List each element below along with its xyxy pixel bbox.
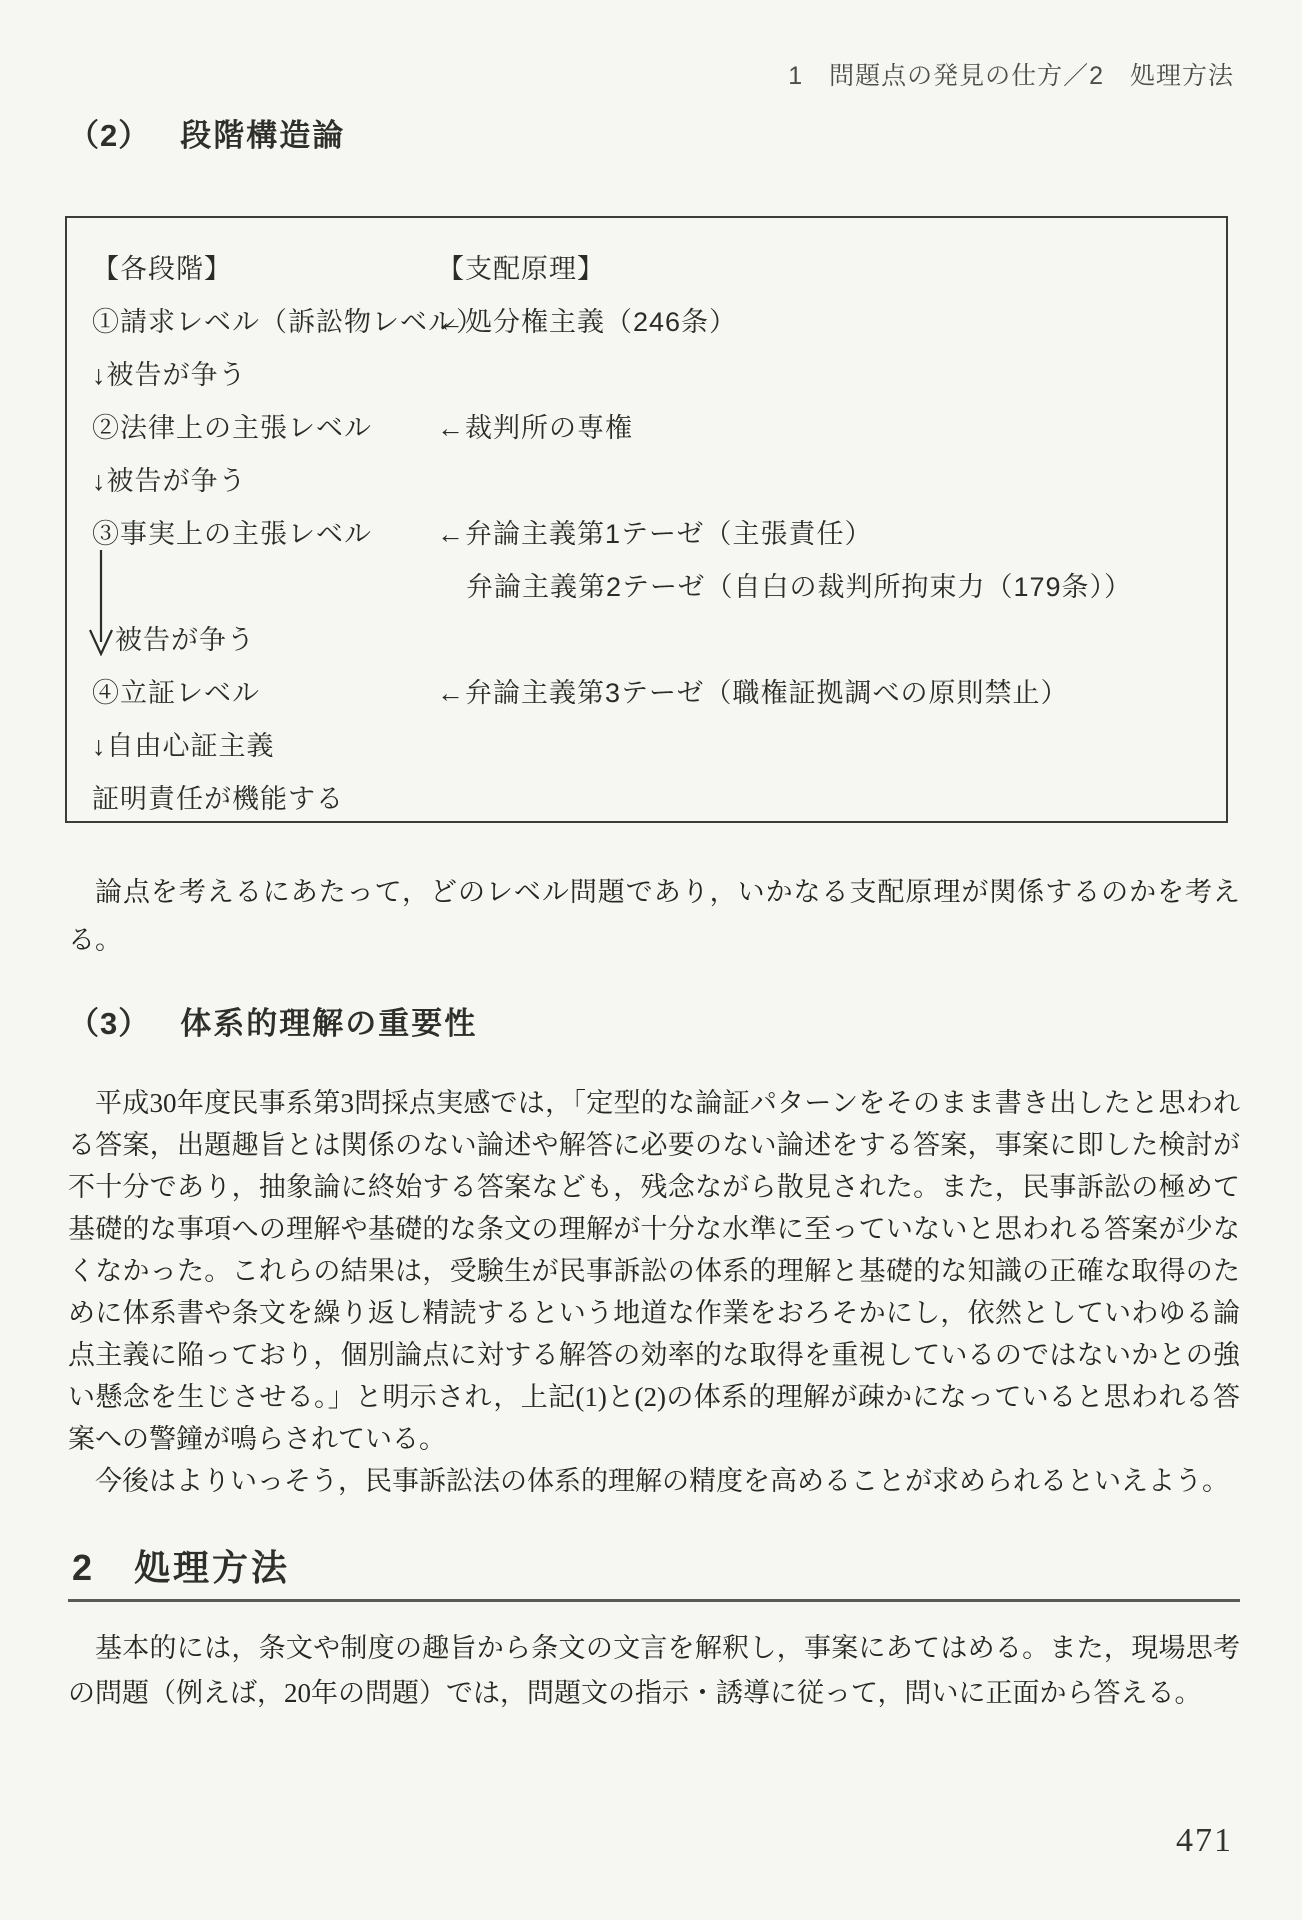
stages-column-header: 【各段階】 bbox=[67, 247, 437, 286]
paragraph-text: 基本的には，条文や制度の趣旨から条文の文言を解釈し，事案にあてはめる。また，現場… bbox=[68, 1626, 1240, 1716]
section-2-heading: （2） 段階構造論 bbox=[68, 110, 345, 155]
section-2-number: （2） bbox=[68, 110, 150, 155]
section-2-title: 段階構造論 bbox=[180, 110, 345, 155]
diagram-row-legal-assertion-level: ②法律上の主張レベル ←裁判所の専権 bbox=[67, 399, 1226, 452]
diagram-row-claim-level: ①請求レベル（訴訟物レベル） ←処分権主義（246条） bbox=[67, 293, 1226, 346]
section-3-number: （3） bbox=[68, 998, 150, 1043]
diagram-header-row: 【各段階】 【支配原理】 bbox=[67, 240, 1226, 293]
diagram-row-defendant-disputes: ↓被告が争う bbox=[67, 452, 1226, 505]
stage-label: ②法律上の主張レベル bbox=[67, 406, 437, 445]
stage-label: ↓自由心証主義 bbox=[67, 724, 437, 763]
diagram-row-defendant-disputes-long: 被告が争う bbox=[67, 611, 1226, 664]
principle-label: ←弁論主義第3テーゼ（職権証拠調べの原則禁止） bbox=[437, 671, 1068, 710]
section-3-title: 体系的理解の重要性 bbox=[180, 998, 477, 1043]
paragraph-text: 今後はよりいっそう，民事訴訟法の体系的理解の精度を高めることが求められるといえよ… bbox=[68, 1460, 1240, 1502]
long-down-arrow-icon bbox=[87, 550, 115, 656]
diagram-row-burden-of-proof: 証明責任が機能する bbox=[67, 770, 1226, 823]
stage-label: ↓被告が争う bbox=[67, 353, 437, 392]
principle-label: ←裁判所の専権 bbox=[437, 406, 633, 445]
diagram-row-factual-assertion-level: ③事実上の主張レベル ←弁論主義第1テーゼ（主張責任） bbox=[67, 505, 1226, 558]
running-header: 1 問題点の発見の仕方／2 処理方法 bbox=[788, 56, 1234, 92]
diagram-row-free-evaluation: ↓自由心証主義 bbox=[67, 717, 1226, 770]
diagram-row-proof-level: ④立証レベル ←弁論主義第3テーゼ（職権証拠調べの原則禁止） bbox=[67, 664, 1226, 717]
processing-method-paragraph: 基本的には，条文や制度の趣旨から条文の文言を解釈し，事案にあてはめる。また，現場… bbox=[68, 1626, 1240, 1716]
diagram-row-second-thesis: 弁論主義第2テーゼ（自白の裁判所拘束力（179条）） bbox=[67, 558, 1226, 611]
principles-column-header: 【支配原理】 bbox=[437, 247, 605, 286]
processing-method-number: 2 bbox=[72, 1547, 92, 1589]
level-consideration-paragraph: 論点を考えるにあたって，どのレベル問題であり，いかなる支配原理が関係するのかを考… bbox=[68, 868, 1240, 964]
diagram-row-defendant-disputes: ↓被告が争う bbox=[67, 346, 1226, 399]
stage-structure-diagram: 【各段階】 【支配原理】 ①請求レベル（訴訟物レベル） ←処分権主義（246条）… bbox=[65, 216, 1228, 823]
systematic-understanding-paragraphs: 平成30年度民事系第3問採点実感では，「定型的な論証パターンをそのまま書き出した… bbox=[68, 1082, 1240, 1502]
page-number: 471 bbox=[1176, 1822, 1233, 1860]
principle-label: ←弁論主義第1テーゼ（主張責任） bbox=[437, 512, 872, 551]
principle-label: 弁論主義第2テーゼ（自白の裁判所拘束力（179条）） bbox=[437, 565, 1132, 604]
stage-label: ①請求レベル（訴訟物レベル） bbox=[67, 300, 437, 339]
stage-label: ④立証レベル bbox=[67, 671, 437, 710]
stage-label: 証明責任が機能する bbox=[67, 777, 437, 816]
principle-label: ←処分権主義（246条） bbox=[437, 300, 737, 339]
paragraph-text: 平成30年度民事系第3問採点実感では，「定型的な論証パターンをそのまま書き出した… bbox=[68, 1082, 1240, 1460]
processing-method-heading: 2 処理方法 bbox=[68, 1540, 1240, 1602]
stage-label: ↓被告が争う bbox=[67, 459, 437, 498]
paragraph-text: 論点を考えるにあたって，どのレベル問題であり，いかなる支配原理が関係するのかを考… bbox=[68, 868, 1240, 964]
processing-method-title: 処理方法 bbox=[134, 1540, 290, 1591]
stage-label: ③事実上の主張レベル bbox=[67, 512, 437, 551]
section-3-heading: （3） 体系的理解の重要性 bbox=[68, 998, 477, 1043]
book-page: 1 問題点の発見の仕方／2 処理方法 （2） 段階構造論 【各段階】 【支配原理… bbox=[0, 0, 1302, 1920]
